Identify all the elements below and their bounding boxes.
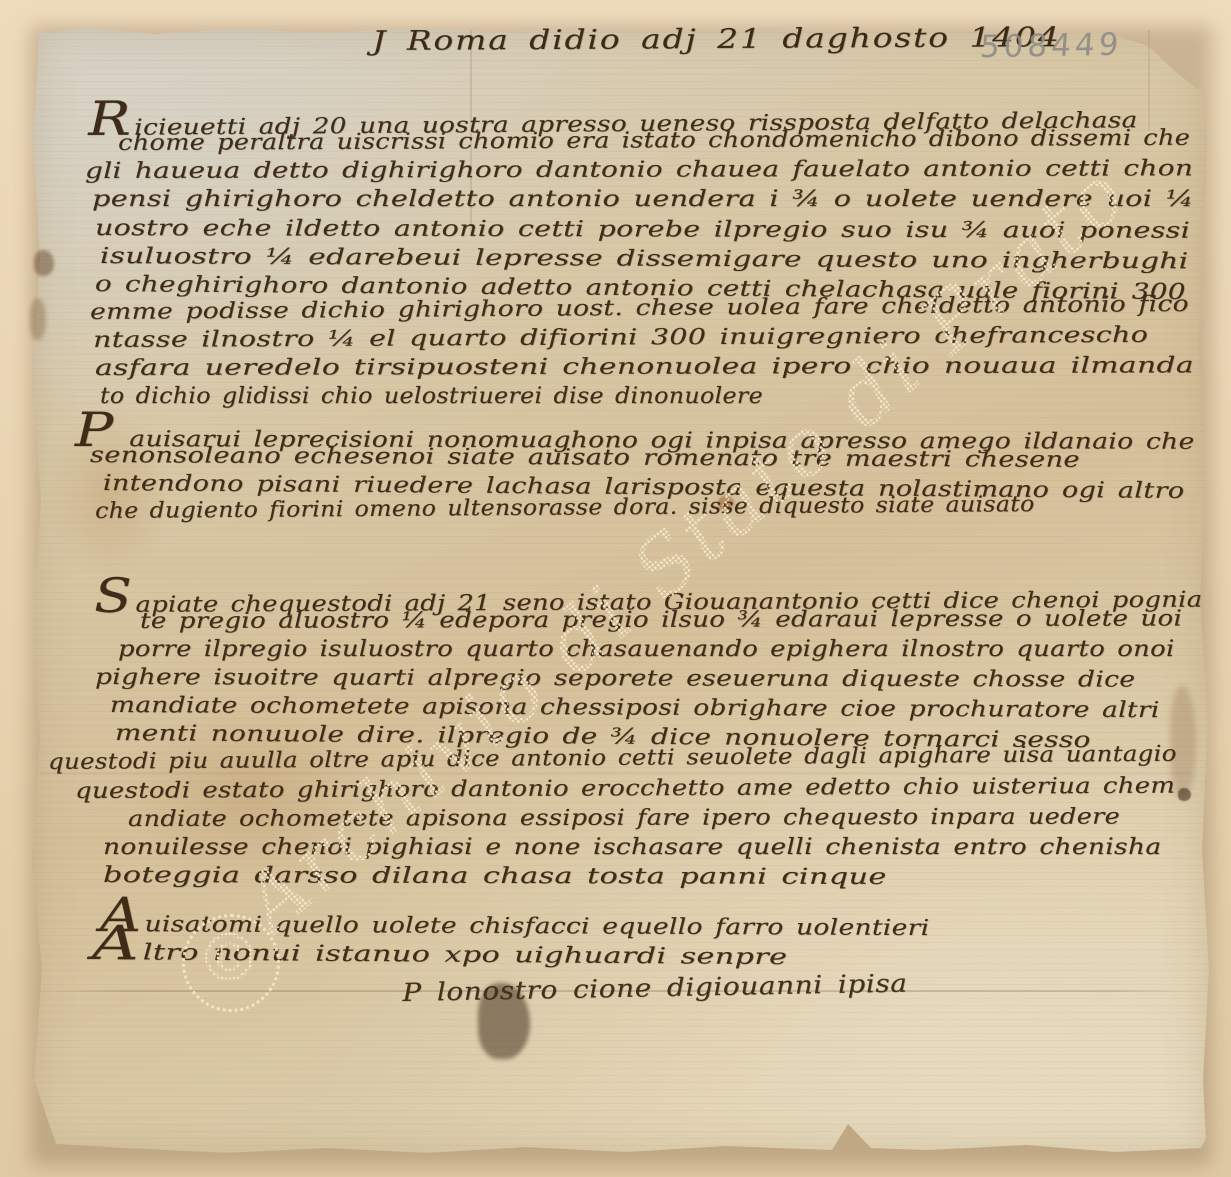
paper-sheet <box>26 20 1212 1160</box>
paper-texture <box>26 20 1212 1160</box>
catalog-number: 508449 <box>979 27 1124 65</box>
manuscript-scan: J Roma didio adj 21 daghosto 1404 Ricieu… <box>0 0 1231 1177</box>
